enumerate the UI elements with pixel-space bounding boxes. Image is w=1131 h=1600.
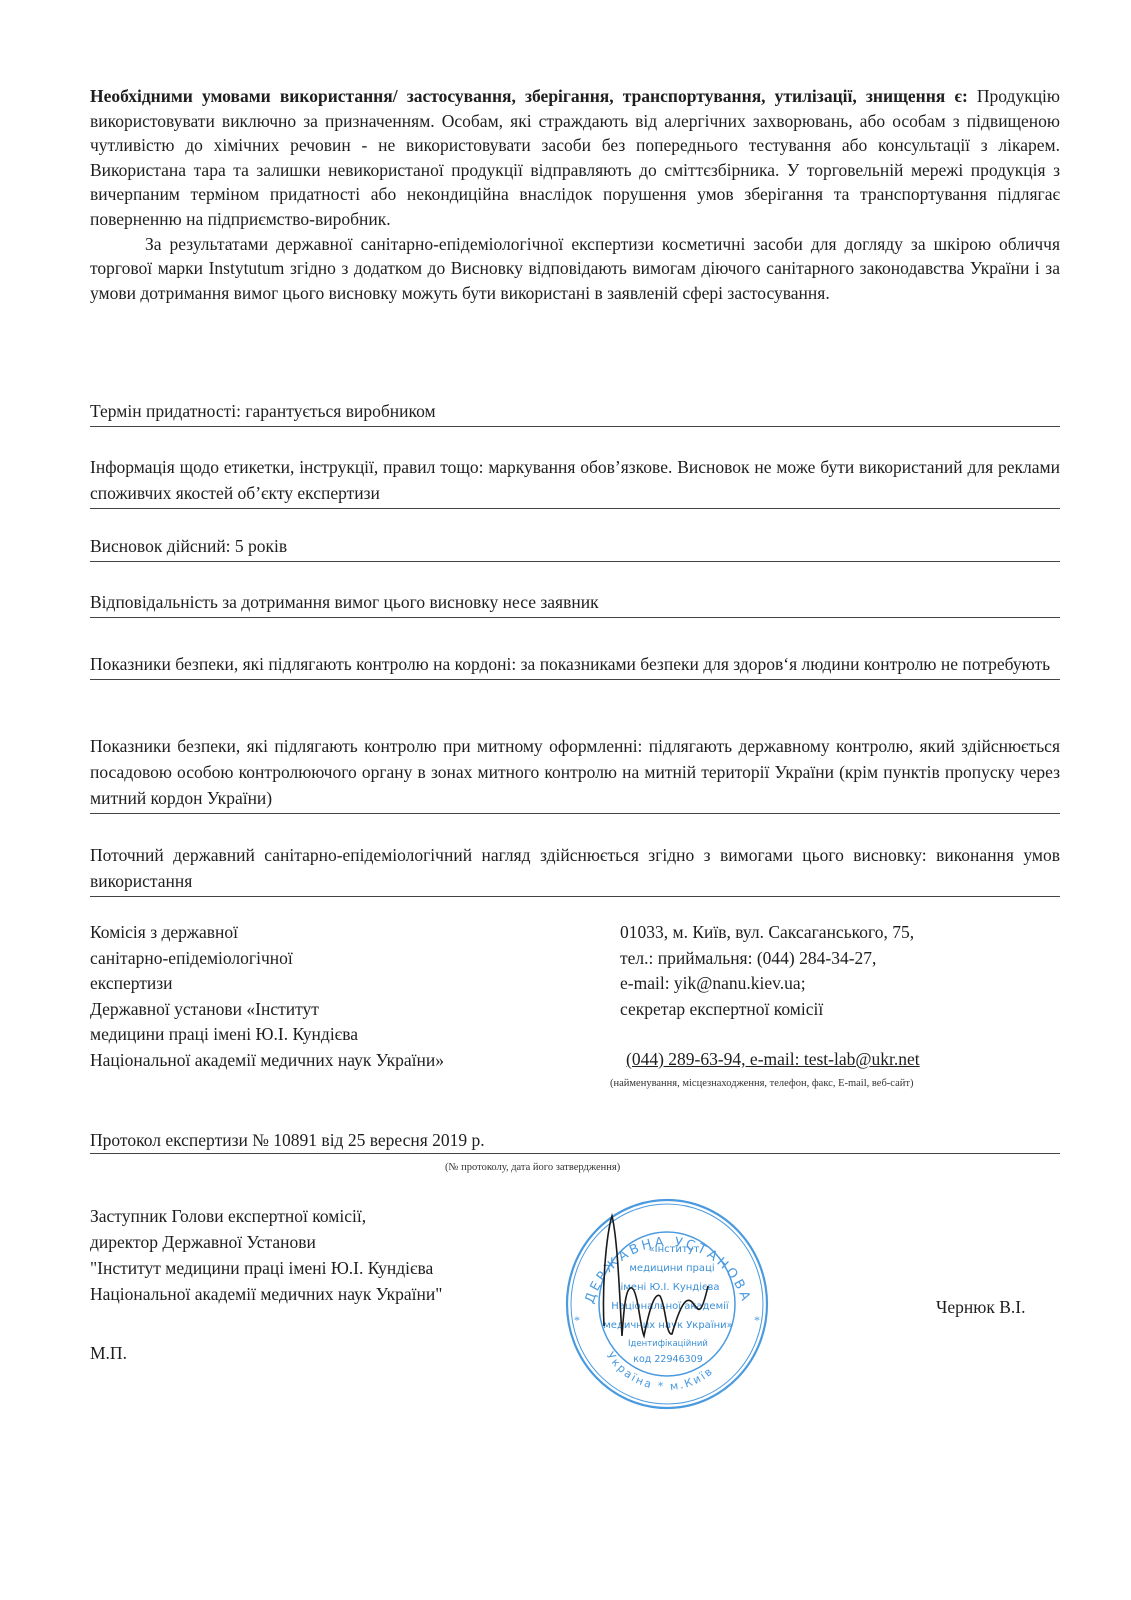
signatory-line: "Інститут медицини праці імені Ю.І. Кунд… xyxy=(90,1255,442,1281)
commission-line: Національної академії медичних наук Укра… xyxy=(90,1048,570,1074)
field-text: Поточний державний санітарно-епідеміолог… xyxy=(90,842,1060,894)
field-responsibility: Відповідальність за дотримання вимог цьо… xyxy=(90,589,1060,618)
conditions-section: Необхідними умовами використання/ застос… xyxy=(90,84,1060,305)
signatory-name: Чернюк В.І. xyxy=(936,1297,1025,1318)
field-text: Показники безпеки, які підлягають контро… xyxy=(90,733,1060,811)
field-shelf-life: Термін придатності: гарантується виробни… xyxy=(90,398,1060,427)
underline-divider xyxy=(90,896,1060,897)
svg-text:Національної академії: Національної академії xyxy=(611,1300,729,1312)
svg-text:медицини праці: медицини праці xyxy=(629,1262,714,1274)
conditions-heading: Необхідними умовами використання/ застос… xyxy=(90,86,968,106)
conditions-paragraph: Необхідними умовами використання/ застос… xyxy=(90,84,1060,232)
contacts-caption: (найменування, місцезнаходження, телефон… xyxy=(610,1071,1070,1097)
underline-divider xyxy=(90,508,1060,509)
secretary-line: секретар експертної комісії xyxy=(620,997,1070,1023)
field-text: Висновок дійсний: 5 років xyxy=(90,533,1060,559)
protocol-text: Протокол експертизи № 10891 від 25 верес… xyxy=(90,1130,1060,1151)
field-validity: Висновок дійсний: 5 років xyxy=(90,533,1060,562)
signatory-line: Заступник Голови експертної комісії, xyxy=(90,1203,442,1229)
underline-divider xyxy=(90,426,1060,427)
commission-name: Комісія з державної санітарно-епідеміоло… xyxy=(90,920,570,1073)
underline-divider xyxy=(90,679,1060,680)
commission-line: медицини праці імені Ю.І. Кундієва xyxy=(90,1022,570,1048)
field-text: Відповідальність за дотримання вимог цьо… xyxy=(90,589,1060,615)
official-stamp-icon: ДЕРЖАВНА УСТАНОВА Україна * м.Київ «Інст… xyxy=(562,1196,772,1411)
svg-text:*: * xyxy=(754,1313,760,1327)
underline-divider xyxy=(90,617,1060,618)
commission-line: Комісія з державної xyxy=(90,920,570,946)
conclusion-paragraph: За результатами державної санітарно-епід… xyxy=(90,232,1060,306)
signatory-title: Заступник Голови експертної комісії, дир… xyxy=(90,1203,442,1307)
field-supervision: Поточний державний санітарно-епідеміолог… xyxy=(90,842,1060,897)
underline-divider xyxy=(90,561,1060,562)
svg-text:імені Ю.І. Кундієва: імені Ю.І. Кундієва xyxy=(620,1281,719,1293)
field-text: Показники безпеки, які підлягають контро… xyxy=(90,651,1060,677)
svg-text:«Інститут: «Інститут xyxy=(649,1244,700,1255)
svg-text:код 22946309: код 22946309 xyxy=(633,1354,703,1365)
signatory-line: директор Державної Установи xyxy=(90,1229,442,1255)
secretary-contact: (044) 289-63-94, e-mail: test-lab@ukr.ne… xyxy=(626,1047,1070,1073)
address-line: 01033, м. Київ, вул. Саксаганського, 75, xyxy=(620,920,1070,946)
protocol-caption: (№ протоколу, дата його затвердження) xyxy=(445,1162,620,1173)
field-text: Термін придатності: гарантується виробни… xyxy=(90,398,1060,424)
underline-divider xyxy=(90,1153,1060,1154)
commission-contacts: 01033, м. Київ, вул. Саксаганського, 75,… xyxy=(620,920,1070,1096)
seal-mark: М.П. xyxy=(90,1343,127,1364)
protocol-block: Протокол експертизи № 10891 від 25 верес… xyxy=(90,1130,1060,1154)
phone-line: тел.: приймальня: (044) 284-34-27, xyxy=(620,946,1070,972)
svg-text:Ідентифікаційний: Ідентифікаційний xyxy=(628,1339,708,1349)
field-customs-control: Показники безпеки, які підлягають контро… xyxy=(90,733,1060,814)
field-border-control: Показники безпеки, які підлягають контро… xyxy=(90,651,1060,680)
email-line: e-mail: yik@nanu.kiev.ua; xyxy=(620,971,1070,997)
commission-line: Державної установи «Інститут xyxy=(90,997,570,1023)
signatory-line: Національної академії медичних наук Укра… xyxy=(90,1281,442,1307)
field-text: Інформація щодо етикетки, інструкції, пр… xyxy=(90,454,1060,506)
commission-line: санітарно-епідеміологічної xyxy=(90,946,570,972)
field-label-info: Інформація щодо етикетки, інструкції, пр… xyxy=(90,454,1060,509)
svg-text:*: * xyxy=(574,1313,580,1327)
underline-divider xyxy=(90,813,1060,814)
commission-line: експертизи xyxy=(90,971,570,997)
conditions-body: Продукцію використовувати виключно за пр… xyxy=(90,86,1060,229)
